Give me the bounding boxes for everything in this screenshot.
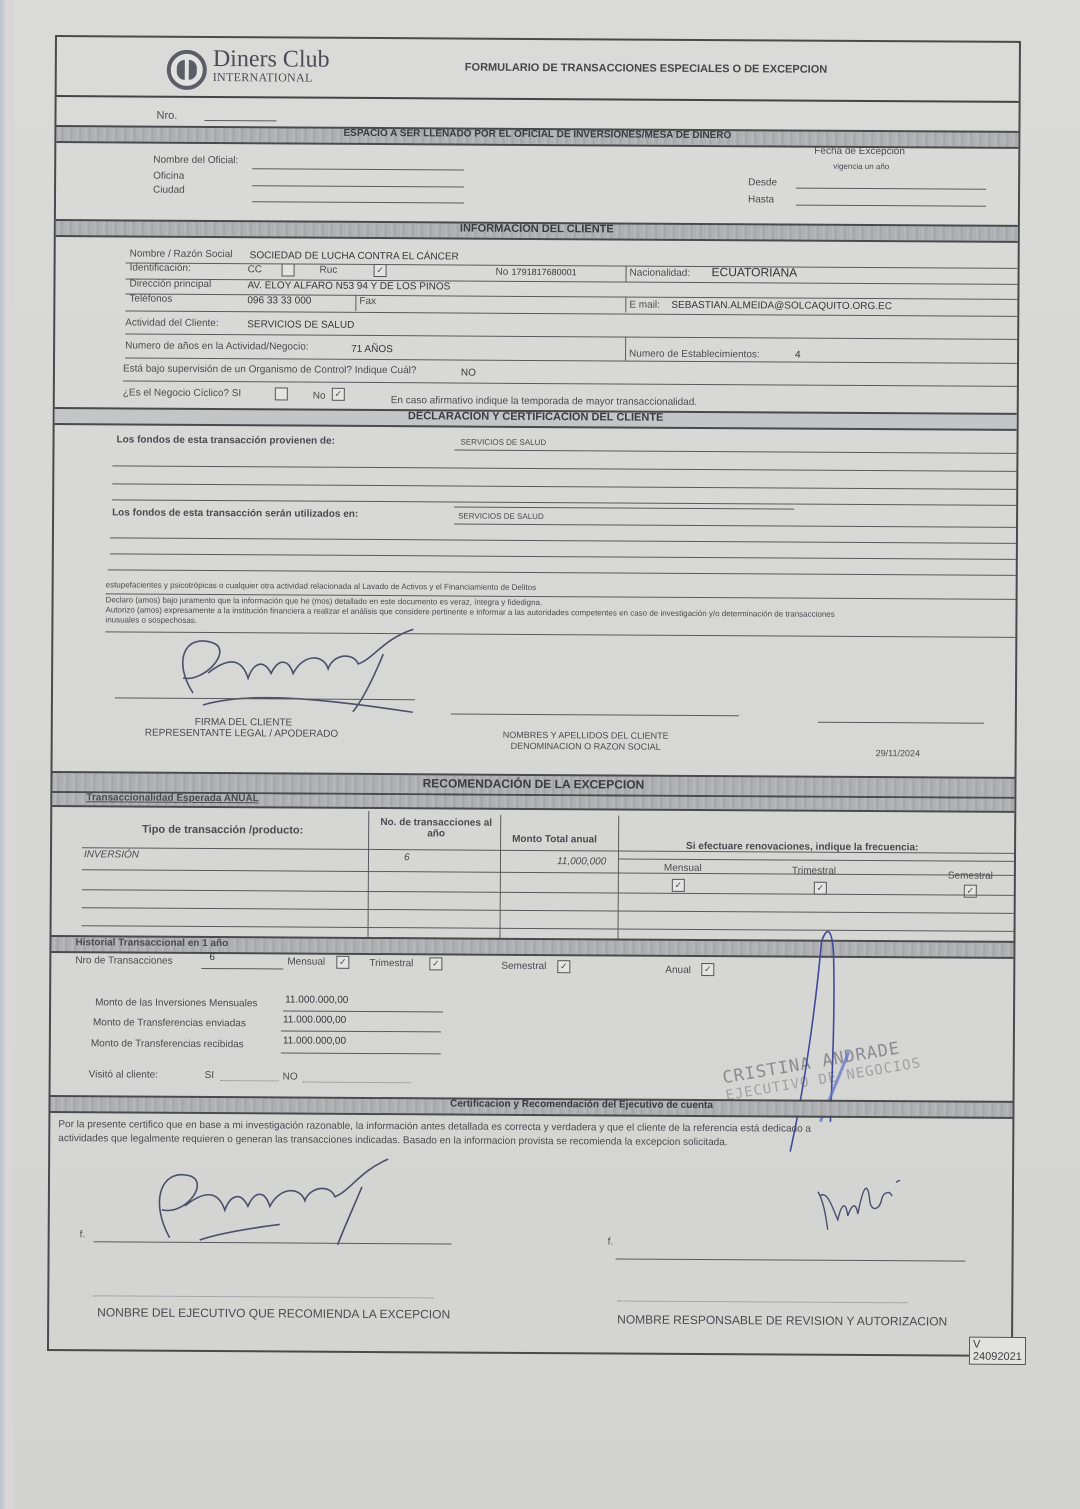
row-divider <box>82 889 1014 896</box>
anios-label: Numero de años en la Actividad/Negocio: <box>125 340 309 352</box>
recommendation-title: RECOMENDACIÓN DE LA EXCEPCION <box>52 774 1014 794</box>
blank-line <box>112 483 1016 490</box>
oficina-label: Oficina <box>153 171 184 182</box>
col-divider <box>617 816 619 941</box>
history-title: Historial Transaccional en 1 año <box>75 937 228 949</box>
firma-label-2: REPRESENTANTE LEGAL / APODERADO <box>145 728 338 740</box>
row-divider <box>82 869 1014 876</box>
visito-no-label: NO <box>283 1071 298 1082</box>
no-id-label: No <box>496 267 509 278</box>
nombre-oficial-field[interactable] <box>252 168 464 170</box>
version-code: V 24092021 <box>969 1337 1026 1365</box>
inversiones-label: Monto de las Inversiones Mensuales <box>95 997 257 1009</box>
field-line <box>281 1030 441 1032</box>
nombres-cliente-field[interactable] <box>451 713 739 716</box>
th-monto-total: Monto Total anual <box>512 834 597 846</box>
identificacion-label: Identificación: <box>130 263 191 274</box>
diners-club-logo-icon <box>167 50 207 90</box>
th-no-transacciones: No. de transacciones al año <box>374 817 498 840</box>
executive-name-field[interactable] <box>93 1295 433 1298</box>
row-divider <box>123 380 1017 386</box>
logo-subtitle: INTERNATIONAL <box>213 70 313 86</box>
actividad-value[interactable]: SERVICIOS DE SALUD <box>247 319 354 331</box>
client-info-title: INFORMACION DEL CLIENTE <box>56 220 1018 238</box>
col-divider <box>355 295 356 311</box>
autorizo-text: Autorizo (amos) expresamente a la instit… <box>105 605 834 618</box>
row-divider <box>125 357 1017 363</box>
direccion-value[interactable]: AV. ELOY ALFARO N53 94 Y DE LOS PINOS <box>247 280 450 292</box>
field-line <box>283 1010 443 1012</box>
client-signature <box>153 623 454 715</box>
supervision-label: Está bajo supervisión de un Organismo de… <box>123 363 417 376</box>
executive-name-label: NONBRE DEL EJECUTIVO QUE RECOMIENDA LA E… <box>97 1305 450 1321</box>
establecimientos-label: Numero de Establecimientos: <box>629 349 760 361</box>
blank-line <box>112 465 1016 472</box>
visito-no-field[interactable] <box>303 1082 411 1084</box>
row-divider <box>125 333 1017 339</box>
nombres-label-2: DENOMINACION O RAZON SOCIAL <box>511 741 661 752</box>
establecimientos-value[interactable]: 4 <box>795 350 801 361</box>
cert-text-2: actividades que legalmente requieren o g… <box>58 1133 727 1148</box>
firma-label-1: FIRMA DEL CLIENTE <box>195 717 293 729</box>
row-1-no-transacciones[interactable]: 6 <box>404 852 410 863</box>
visito-si-label: SI <box>205 1070 215 1081</box>
desde-label: Desde <box>748 177 777 188</box>
nro-field[interactable] <box>204 120 276 121</box>
officer-section-title: ESPACIO A SER LLENADO POR EL OFICIAL DE … <box>56 126 1018 143</box>
inversiones-value[interactable]: 11.000.000,00 <box>285 994 348 1005</box>
declaration-band: DECLARACION Y CERTIFICACION DEL CLIENTE <box>55 407 1017 431</box>
actividad-label: Actividad del Cliente: <box>125 317 218 329</box>
estupefacientes-text: estupefacientes y psicotrópicas o cualqu… <box>106 580 537 592</box>
hist-anual-checkbox[interactable]: ✓ <box>701 963 714 976</box>
cc-label: CC <box>248 264 263 275</box>
razon-social-value[interactable]: SOCIEDAD DE LUCHA CONTRA EL CÁNCER <box>250 250 459 262</box>
blank-line <box>454 506 794 509</box>
reviewer-signature-field[interactable] <box>616 1258 966 1261</box>
col-divider <box>625 297 626 313</box>
hist-trimestral-checkbox[interactable]: ✓ <box>429 957 442 970</box>
reviewer-name-field[interactable] <box>617 1301 907 1304</box>
hasta-field[interactable] <box>796 205 986 207</box>
client-info-band: INFORMACION DEL CLIENTE <box>56 219 1018 243</box>
hist-semestral-label: Semestral <box>501 961 546 972</box>
row-1-semestral-checkbox[interactable]: ✓ <box>964 885 977 898</box>
enviadas-label: Monto de Transferencias enviadas <box>93 1017 246 1029</box>
exception-form: Diners Club INTERNATIONAL FORMULARIO DE … <box>47 35 1021 1357</box>
blank-line <box>108 569 1016 576</box>
razon-social-label: Nombre / Razón Social <box>130 249 233 261</box>
blank-line <box>110 537 1016 544</box>
nombre-oficial-label: Nombre del Oficial: <box>153 155 238 167</box>
nro-transacciones-value[interactable]: 6 <box>209 952 215 963</box>
hist-trimestral-label: Trimestral <box>369 958 413 969</box>
row-divider <box>618 859 1014 862</box>
th-tipo: Tipo de transacción /producto: <box>142 824 303 837</box>
provienen-label: Los fondos de esta transacción provienen… <box>117 434 335 446</box>
date-field[interactable] <box>818 722 984 724</box>
visito-label: Visitó al cliente: <box>89 1069 158 1080</box>
direccion-label: Dirección principal <box>129 279 211 290</box>
ciclico-no-label: No <box>313 391 326 402</box>
ciclico-note: En caso afirmativo indique la temporada … <box>391 395 697 408</box>
nombres-label-1: NOMBRES Y APELLIDOS DEL CLIENTE <box>503 730 669 741</box>
ruc-checkbox[interactable]: ✓ <box>374 264 387 277</box>
row-divider <box>82 907 1014 914</box>
hist-semestral-checkbox[interactable]: ✓ <box>557 960 570 973</box>
hasta-label: Hasta <box>748 194 774 205</box>
declaration-title: DECLARACION Y CERTIFICACION DEL CLIENTE <box>55 408 1017 426</box>
telefonos-value[interactable]: 096 33 33 000 <box>247 295 311 306</box>
ciudad-label: Ciudad <box>153 185 185 196</box>
anios-value[interactable]: 71 AÑOS <box>351 344 393 355</box>
row-1-mensual-checkbox[interactable]: ✓ <box>672 879 685 892</box>
blank-line <box>112 499 1016 506</box>
reviewer-f-label: f. <box>608 1236 614 1247</box>
utilizados-label: Los fondos de esta transacción serán uti… <box>112 507 358 520</box>
email-value[interactable]: SEBASTIAN.ALMEIDA@SOLCAQUITO.ORG.EC <box>671 300 892 312</box>
executive-signature <box>130 1148 421 1250</box>
paper-edge <box>0 0 14 1509</box>
field-line <box>201 968 283 970</box>
col-divider <box>367 811 369 939</box>
email-label: E mail: <box>629 300 660 311</box>
field-line <box>281 1052 441 1054</box>
supervision-value[interactable]: NO <box>461 368 476 379</box>
col-divider <box>626 266 627 282</box>
nro-label: Nro. <box>156 110 177 122</box>
fecha-excepcion-label: Fecha de Excepción <box>814 146 905 158</box>
provienen-value[interactable]: SERVICIOS DE SALUD <box>461 438 547 448</box>
date-value[interactable]: 29/11/2024 <box>876 748 920 758</box>
col-divider <box>499 815 501 940</box>
hist-mensual-checkbox[interactable]: ✓ <box>336 956 349 969</box>
nacionalidad-label: Nacionalidad: <box>630 268 691 279</box>
hist-mensual-label: Mensual <box>287 956 325 967</box>
cert-text-1: Por la presente certifico que en base a … <box>58 1119 811 1135</box>
recibidas-value[interactable]: 11.000.000,00 <box>283 1035 346 1046</box>
divider <box>57 95 1019 103</box>
desde-field[interactable] <box>796 188 986 190</box>
fax-label: Fax <box>359 296 376 307</box>
ciclico-label: ¿Es el Negocio Cíclico? SI <box>123 387 241 399</box>
vigencia-label: vigencia un año <box>833 162 889 171</box>
freq-trimestral-label: Trimestral <box>792 866 836 877</box>
ciudad-field[interactable] <box>252 201 464 203</box>
nro-transacciones-label: Nro de Transacciones <box>75 955 172 967</box>
utilizados-field[interactable] <box>454 523 1016 527</box>
cc-checkbox[interactable] <box>282 263 295 276</box>
document-page: Diners Club INTERNATIONAL FORMULARIO DE … <box>0 0 1080 1509</box>
row-1-tipo[interactable]: INVERSIÓN <box>84 849 139 860</box>
provienen-field[interactable] <box>454 449 1016 453</box>
visito-si-field[interactable] <box>221 1080 279 1081</box>
col-divider <box>625 337 626 361</box>
recibidas-label: Monto de Transferencias recibidas <box>91 1038 244 1050</box>
ruc-label: Ruc <box>320 265 338 276</box>
oficina-field[interactable] <box>252 185 464 187</box>
blank-line <box>110 553 1016 560</box>
hist-anual-label: Anual <box>665 965 691 976</box>
freq-semestral-label: Semestral <box>948 871 993 882</box>
reviewer-name-label: NOMBRE RESPONSABLE DE REVISION Y AUTORIZ… <box>617 1313 947 1329</box>
utilizados-value[interactable]: SERVICIOS DE SALUD <box>458 512 544 522</box>
expected-sub-title: Transaccionalidad Esperada ANUAL <box>86 792 259 804</box>
no-id-value[interactable]: 1791817680001 <box>512 267 577 277</box>
enviadas-value[interactable]: 11.000.000,00 <box>283 1014 346 1025</box>
ciclico-si-checkbox[interactable] <box>275 387 288 400</box>
telefonos-label: Teléfonos <box>129 294 172 305</box>
reviewer-signature <box>810 1172 920 1233</box>
nacionalidad-value[interactable]: ECUATORIANA <box>712 265 798 280</box>
executive-f-label: f. <box>80 1229 86 1240</box>
form-title: FORMULARIO DE TRANSACCIONES ESPECIALES O… <box>465 62 828 76</box>
ciclico-no-checkbox[interactable]: ✓ <box>332 388 345 401</box>
row-1-monto-total[interactable]: 11,000,000 <box>557 856 606 867</box>
